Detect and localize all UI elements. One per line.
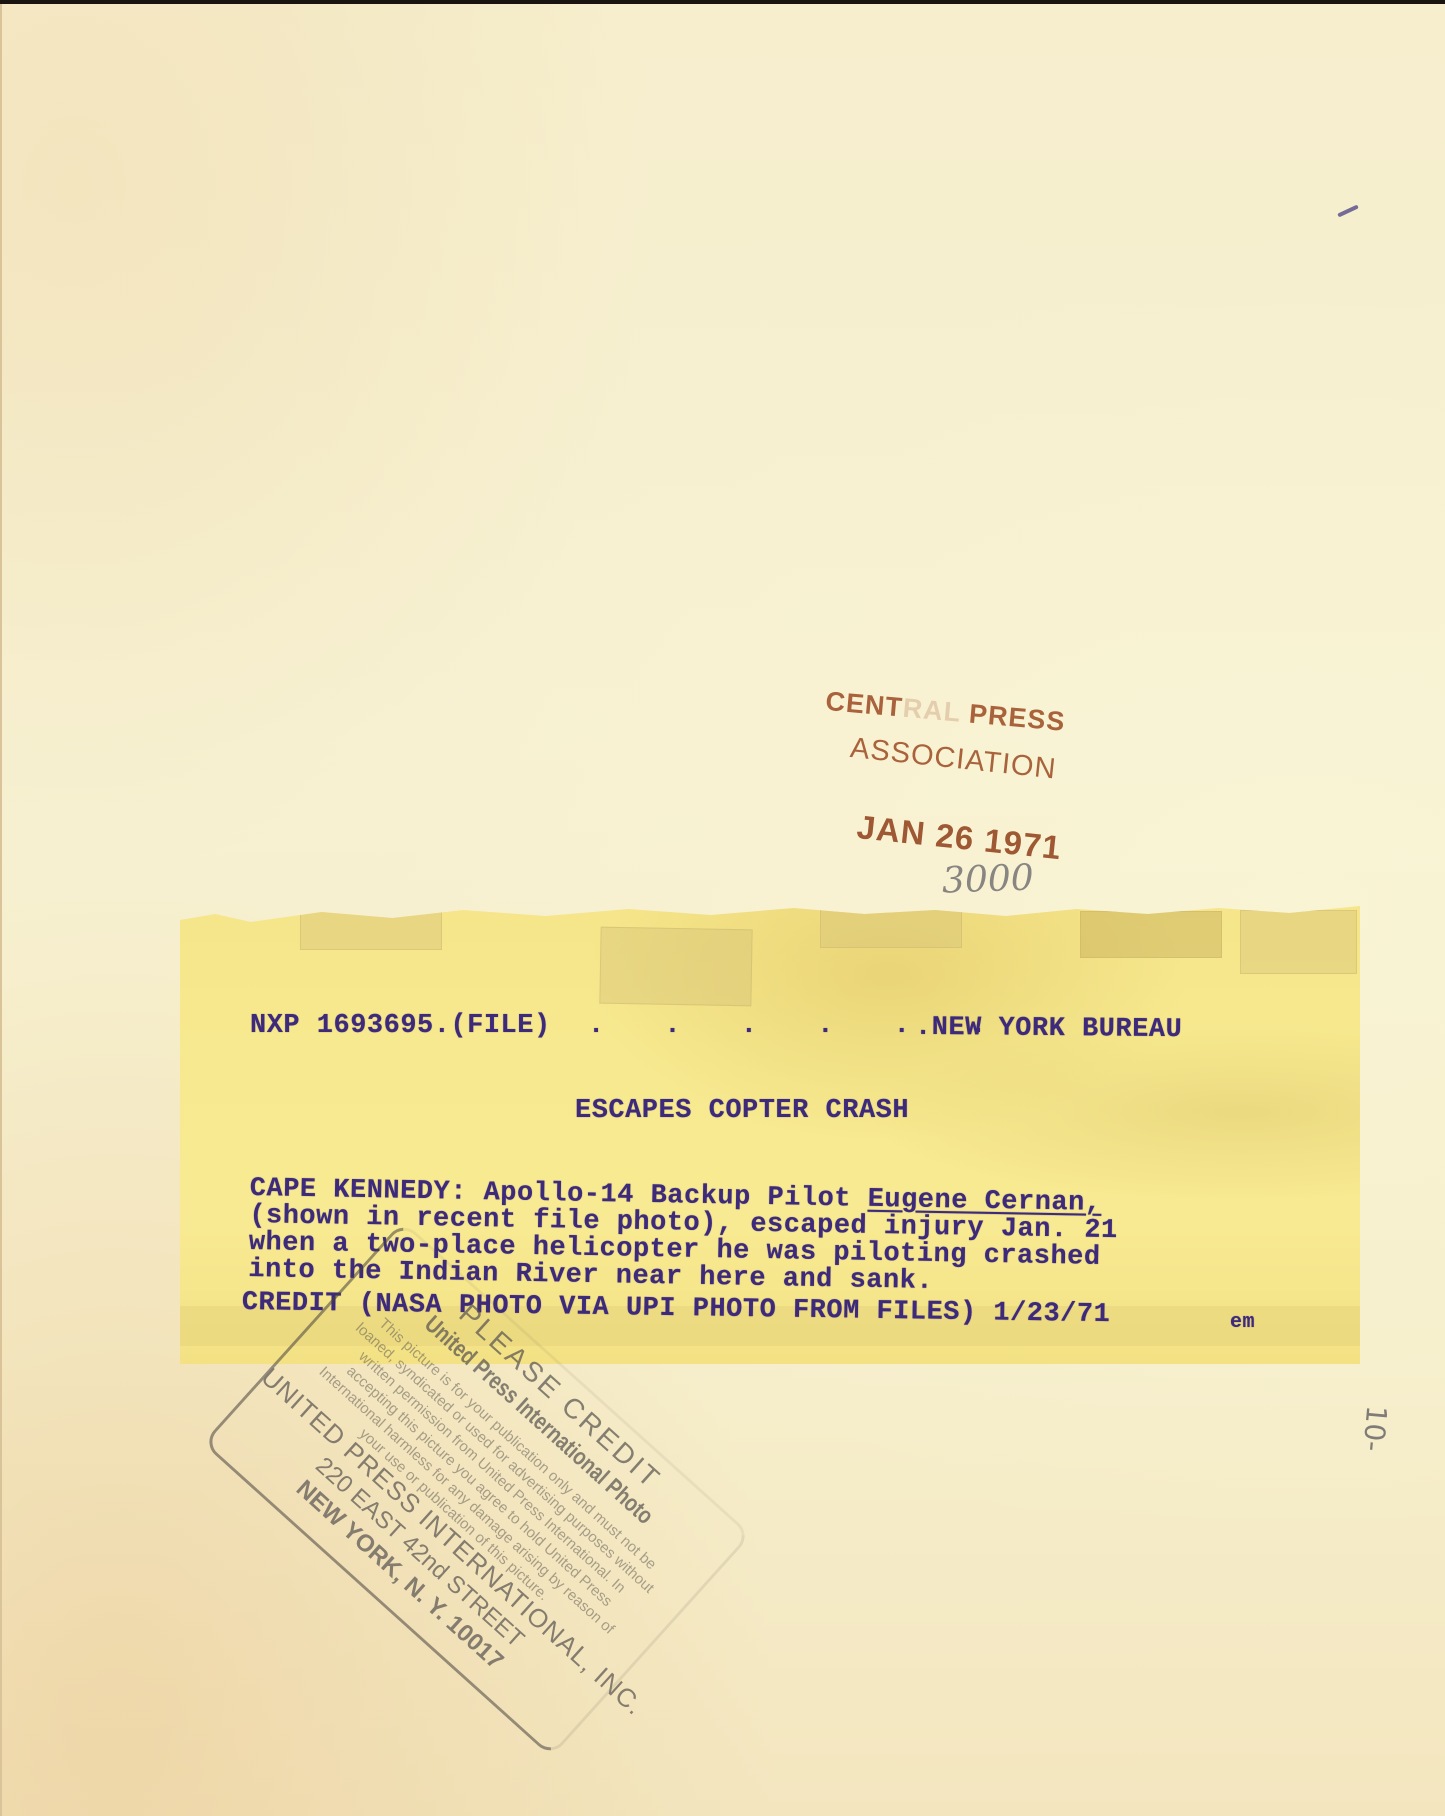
stamp-line-association: ASSOCIATION (849, 732, 1058, 786)
stamp-line-agency: CENTRAL PRESS (824, 686, 1066, 738)
tape-strip (1080, 911, 1222, 958)
tape-strip (599, 927, 752, 1007)
caption-bureau: .NEW YORK BUREAU (915, 1013, 1183, 1045)
pencil-note: 3000 (941, 857, 1034, 901)
caption-slug: NXP 1693695.(FILE) (250, 1011, 551, 1041)
tape-strip (1240, 910, 1357, 974)
caption-headline: ESCAPES COPTER CRASH (575, 1096, 909, 1126)
operator-initials: em (1230, 1311, 1255, 1334)
photo-back-page: CENTRAL PRESS ASSOCIATION JAN 26 1971 30… (0, 4, 1445, 1816)
stamp-fragment-faded: RAL (902, 693, 962, 728)
ink-mark (1337, 205, 1359, 218)
stamp-fragment: PRESS (968, 699, 1067, 737)
margin-pencil-note: 10- (1356, 1404, 1393, 1452)
tape-strip (820, 906, 962, 948)
stamp-fragment: CENT (824, 686, 904, 723)
tape-strip (300, 908, 442, 950)
